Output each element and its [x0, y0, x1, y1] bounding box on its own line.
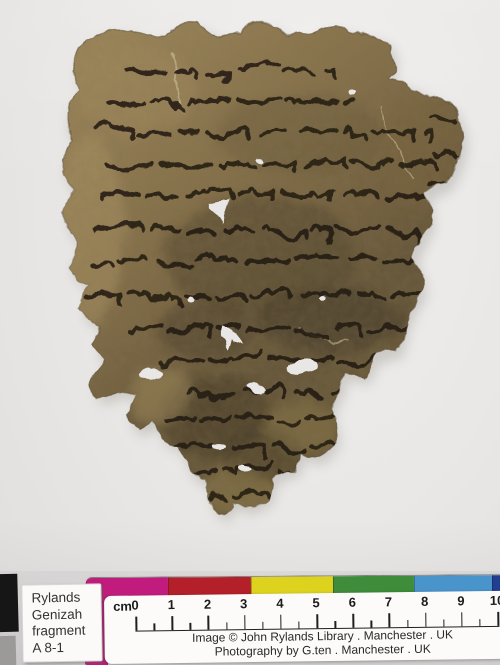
ruler-minor-tick [298, 621, 300, 628]
cm-ruler-card: cm 012345678910 Image © John Rylands Lib… [104, 591, 500, 664]
shelfmark: A 8-1 [32, 639, 101, 657]
ruler-minor-tick [153, 623, 155, 630]
ruler-number-3: 3 [236, 596, 252, 611]
colorbar-black-patch [0, 574, 19, 633]
label-line-2: Genizah [32, 606, 101, 624]
ruler-minor-tick [371, 620, 373, 627]
ruler-major-tick [171, 616, 173, 630]
ruler-minor-tick [407, 620, 409, 627]
ruler-number-6: 6 [344, 595, 360, 610]
ruler-number-8: 8 [417, 594, 433, 609]
ruler-major-tick [316, 614, 318, 628]
label-line-1: Rylands [31, 589, 100, 607]
ruler-number-5: 5 [308, 595, 324, 610]
ruler-major-tick [497, 612, 499, 626]
ruler-number-9: 9 [453, 593, 469, 608]
specimen-label-card: Rylands Genizah fragment A 8-1 [21, 583, 102, 662]
ruler-major-tick [425, 613, 427, 627]
ruler-minor-tick [443, 620, 445, 627]
ruler-major-tick [280, 615, 282, 629]
ruler-major-tick [461, 612, 463, 626]
ruler-major-tick [244, 615, 246, 629]
label-line-3: fragment [32, 622, 101, 640]
ruler-minor-tick [479, 619, 481, 626]
ruler-number-10: 10 [489, 593, 500, 608]
fragment-composite [50, 15, 475, 530]
ruler-major-tick [135, 617, 137, 631]
colorbar-grey-patch [0, 636, 16, 665]
ruler-number-1: 1 [163, 597, 179, 612]
ruler-minor-tick [262, 622, 264, 629]
ruler-minor-tick [334, 621, 336, 628]
ruler-minor-tick [226, 622, 228, 629]
ruler-number-4: 4 [272, 596, 288, 611]
ruler-major-tick [389, 613, 391, 627]
ruler-minor-tick [190, 623, 192, 630]
ruler-number-7: 7 [380, 594, 396, 609]
ruler-number-0: 0 [127, 597, 143, 612]
ruler-major-tick [208, 616, 210, 630]
ruler-major-tick [352, 614, 354, 628]
ruler-number-2: 2 [199, 597, 215, 612]
fragment-photo [0, 0, 500, 665]
